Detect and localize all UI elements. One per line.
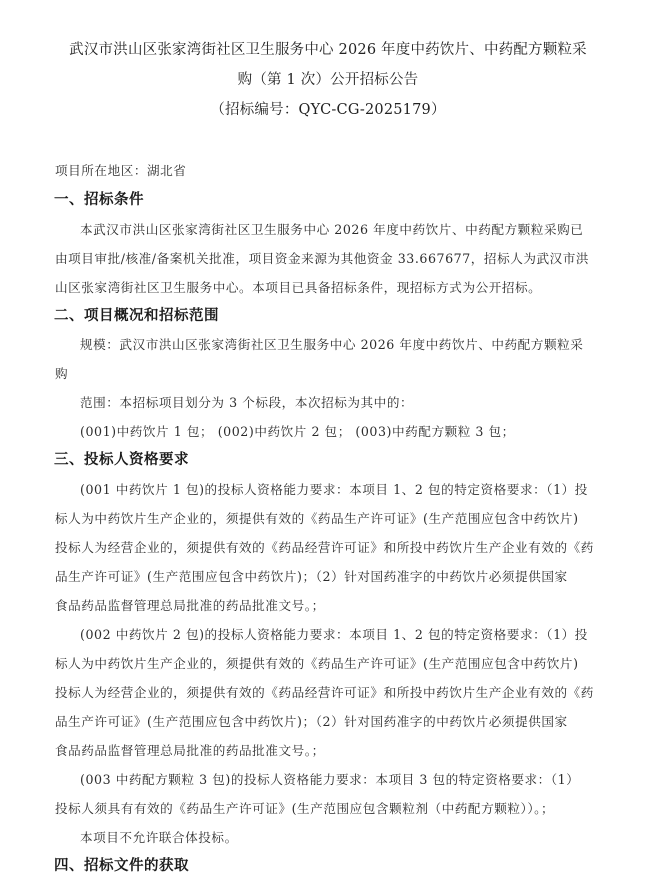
- section-3-line: 投标人须具有有效的《药品生产许可证》(生产范围应包含颗粒剂（中药配方颗粒））。；: [55, 798, 575, 817]
- consortium-note: 本项目不允许联合体投标。: [80, 827, 600, 846]
- section-3-line: 标人为中药饮片生产企业的，须提供有效的《药品生产许可证》(生产范围应包含中药饮片…: [55, 508, 575, 527]
- document-title-line-1: 武汉市洪山区张家湾街社区卫生服务中心 2026 年度中药饮片、中药配方颗粒采: [0, 38, 656, 59]
- section-3-line: (001 中药饮片 1 包)的投标人资格能力要求：本项目 1、2 包的特定资格要…: [80, 479, 600, 498]
- section-heading-2: 二、项目概况和招标范围: [54, 304, 219, 325]
- section-2-line: 范围：本招标项目划分为 3 个标段，本次招标为其中的：: [80, 392, 600, 411]
- section-3-line: 食品药品监督管理总局批准的药品批准文号。；: [55, 740, 575, 759]
- section-3-line: 品生产许可证》(生产范围应包含中药饮片)；（2）针对国药准字的中药饮片必须提供国…: [55, 566, 575, 585]
- section-1-line: 本武汉市洪山区张家湾街社区卫生服务中心 2026 年度中药饮片、中药配方颗粒采购…: [80, 219, 600, 238]
- project-region: 项目所在地区：湖北省: [55, 160, 575, 179]
- section-2-line: (001)中药饮片 1 包； (002)中药饮片 2 包； (003)中药配方颗…: [80, 421, 600, 440]
- section-2-line: 购: [55, 363, 575, 382]
- section-1-line: 山区张家湾街社区卫生服务中心。本项目已具备招标条件，现招标方式为公开招标。: [55, 277, 575, 296]
- tender-number: （招标编号：QYC-CG-2025179）: [0, 98, 656, 119]
- section-3-line: (003 中药配方颗粒 3 包)的投标人资格能力要求：本项目 3 包的特定资格要…: [80, 769, 600, 788]
- section-heading-3: 三、投标人资格要求: [54, 448, 189, 469]
- section-3-line: 食品药品监督管理总局批准的药品批准文号。；: [55, 595, 575, 614]
- section-3-line: 投标人为经营企业的，须提供有效的《药品经营许可证》和所投中药饮片生产企业有效的《…: [55, 682, 575, 701]
- section-3-line: 品生产许可证》(生产范围应包含中药饮片)；（2）针对国药准字的中药饮片必须提供国…: [55, 711, 575, 730]
- section-heading-4: 四、招标文件的获取: [54, 854, 189, 875]
- section-3-line: 投标人为经营企业的，须提供有效的《药品经营许可证》和所投中药饮片生产企业有效的《…: [55, 537, 575, 556]
- section-1-line: 由项目审批/核准/备案机关批准，项目资金来源为其他资金 33.667677，招标…: [55, 248, 575, 267]
- document-title-line-2: 购（第 1 次）公开招标公告: [0, 68, 656, 89]
- section-2-line: 规模：武汉市洪山区张家湾街社区卫生服务中心 2026 年度中药饮片、中药配方颗粒…: [80, 334, 600, 353]
- section-3-line: (002 中药饮片 2 包)的投标人资格能力要求：本项目 1、2 包的特定资格要…: [80, 624, 600, 643]
- document-page: 武汉市洪山区张家湾街社区卫生服务中心 2026 年度中药饮片、中药配方颗粒采 购…: [0, 0, 656, 887]
- section-3-line: 标人为中药饮片生产企业的，须提供有效的《药品生产许可证》(生产范围应包含中药饮片…: [55, 653, 575, 672]
- section-heading-1: 一、招标条件: [54, 188, 144, 209]
